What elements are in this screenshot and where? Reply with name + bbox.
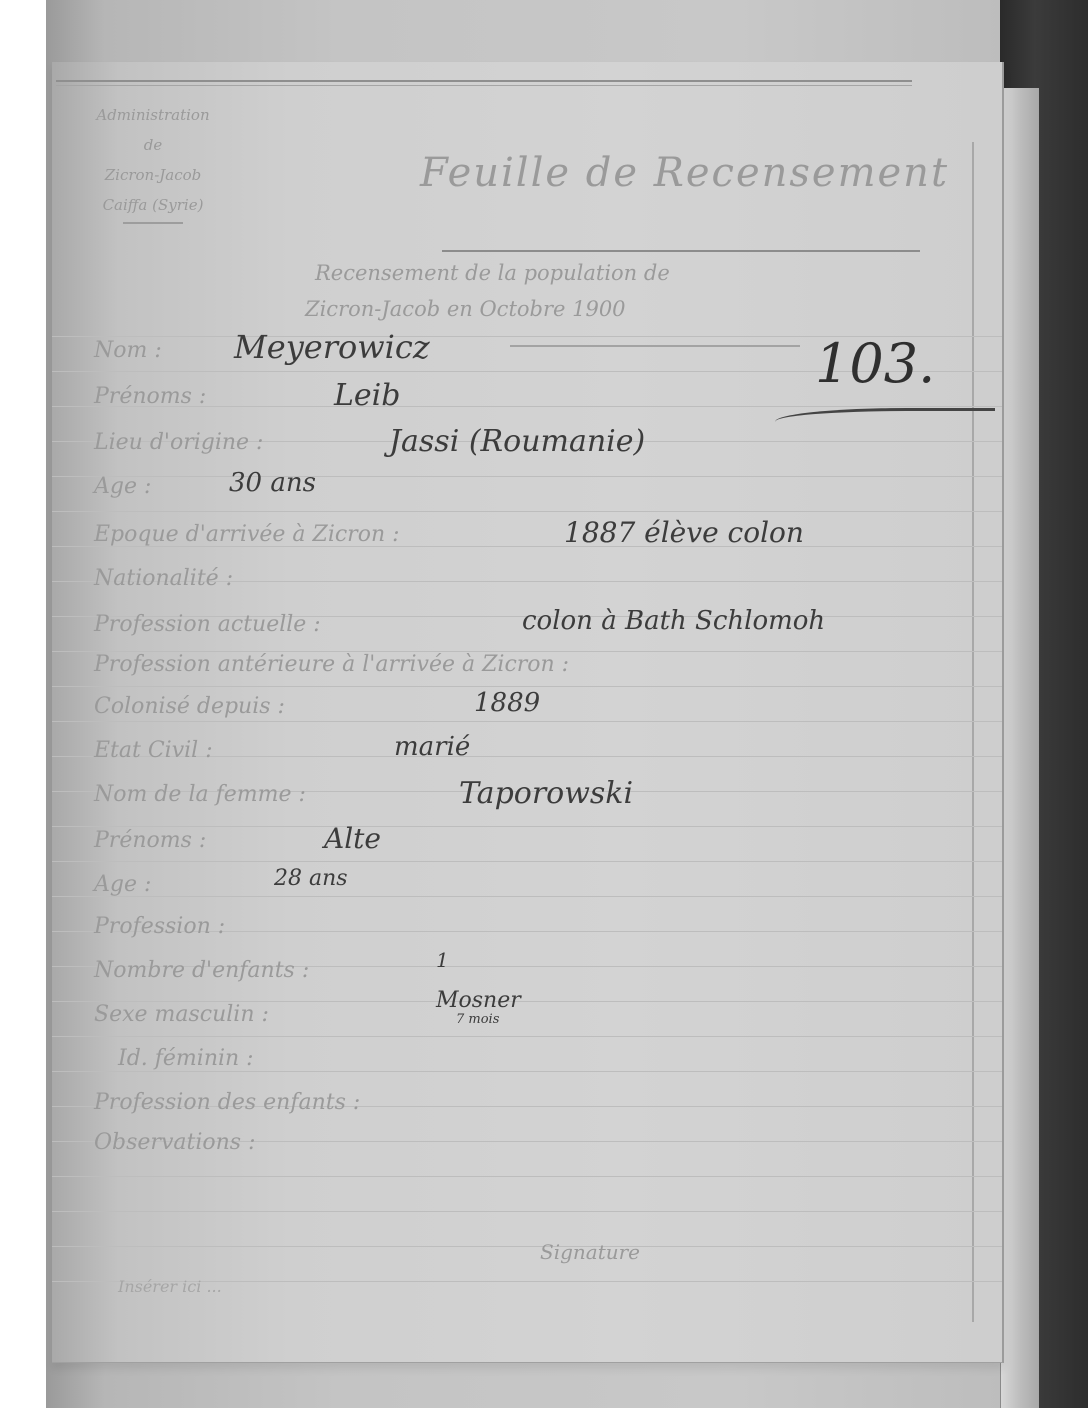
- field-note: 7 mois: [456, 1012, 499, 1027]
- field-label: Profession actuelle :: [94, 612, 321, 637]
- field-row-age-femme: Age : 28 ans: [94, 872, 974, 908]
- field-label: Nationalité :: [94, 566, 233, 591]
- field-row-profession-enfants: Profession des enfants :: [94, 1090, 974, 1126]
- administration-header: Administration de Zicron-Jacob Caiffa (S…: [58, 100, 248, 228]
- field-value: Jassi (Roumanie): [389, 424, 645, 459]
- subtitle-line-2: Zicron-Jacob en Octobre 1900: [305, 291, 885, 327]
- field-row-prenoms-femme: Prénoms : Alte: [94, 828, 974, 864]
- field-value: 28 ans: [274, 866, 348, 891]
- field-row-nationalite: Nationalité :: [94, 566, 974, 602]
- field-value: Mosner: [436, 988, 521, 1013]
- field-row-age: Age : 30 ans: [94, 474, 974, 510]
- field-value: Taporowski: [459, 776, 633, 811]
- field-row-sexe-masculin: Sexe masculin : Mosner 7 mois: [94, 1002, 974, 1038]
- field-label: Prénoms :: [94, 828, 206, 853]
- field-row-colonise-depuis: Colonisé depuis : 1889: [94, 694, 974, 730]
- bottom-note: Insérer ici ...: [118, 1275, 222, 1299]
- field-row-observations: Observations :: [94, 1130, 974, 1166]
- field-label: Lieu d'origine :: [94, 430, 263, 455]
- field-row-feminin: Id. féminin :: [94, 1046, 974, 1082]
- field-label: Age :: [94, 872, 151, 897]
- field-value: 1887 élève colon: [564, 516, 804, 549]
- field-row-profession-femme: Profession :: [94, 914, 974, 950]
- field-label: Prénoms :: [94, 384, 206, 409]
- field-value: Leib: [334, 378, 400, 413]
- signature-label: Signature: [540, 1240, 640, 1264]
- admin-line-4: Caiffa (Syrie): [58, 190, 248, 220]
- field-label: Profession :: [94, 914, 225, 939]
- field-label: Id. féminin :: [118, 1046, 254, 1071]
- page-stack-edge: [1000, 88, 1039, 1408]
- field-row-profession-actuelle: Profession actuelle : colon à Bath Schlo…: [94, 612, 974, 648]
- field-label: Epoque d'arrivée à Zicron :: [94, 522, 400, 547]
- field-value: colon à Bath Schlomoh: [522, 606, 825, 636]
- top-rule: [56, 80, 912, 86]
- field-value: Alte: [324, 822, 381, 855]
- field-row-lieu-origine: Lieu d'origine : Jassi (Roumanie): [94, 430, 974, 466]
- field-label: Nom :: [94, 338, 162, 363]
- field-row-etat-civil: Etat Civil : marié: [94, 738, 974, 774]
- field-label: Age :: [94, 474, 151, 499]
- field-row-nom: Nom : Meyerowicz: [94, 338, 974, 374]
- field-value: 30 ans: [229, 468, 316, 498]
- field-value: 1889: [474, 688, 540, 718]
- field-label: Observations :: [94, 1130, 255, 1155]
- field-label: Nom de la femme :: [94, 782, 306, 807]
- field-label: Sexe masculin :: [94, 1002, 269, 1027]
- field-value: Meyerowicz: [234, 328, 430, 366]
- admin-line-3: Zicron-Jacob: [58, 160, 248, 190]
- field-label: Etat Civil :: [94, 738, 213, 763]
- field-row-epoque-arrivee: Epoque d'arrivée à Zicron : 1887 élève c…: [94, 522, 974, 558]
- form-subtitle: Recensement de la population de Zicron-J…: [305, 255, 885, 327]
- admin-line-1: Administration: [58, 100, 248, 130]
- subtitle-line-1: Recensement de la population de: [305, 255, 885, 291]
- field-row-profession-anterieure: Profession antérieure à l'arrivée à Zicr…: [94, 652, 974, 688]
- admin-divider: [123, 222, 183, 228]
- field-row-nom-femme: Nom de la femme : Taporowski: [94, 782, 974, 818]
- field-value: 1: [436, 948, 449, 972]
- title-rule: [442, 250, 920, 252]
- field-row-nombre-enfants: Nombre d'enfants : 1: [94, 958, 974, 994]
- admin-line-2: de: [58, 130, 248, 160]
- field-label: Profession antérieure à l'arrivée à Zicr…: [94, 652, 569, 677]
- field-label: Profession des enfants :: [94, 1090, 360, 1115]
- field-label: Colonisé depuis :: [94, 694, 285, 719]
- field-row-prenoms: Prénoms : Leib: [94, 384, 974, 420]
- field-value: marié: [394, 732, 470, 762]
- form-title: Feuille de Recensement: [420, 150, 949, 196]
- field-label: Nombre d'enfants :: [94, 958, 309, 983]
